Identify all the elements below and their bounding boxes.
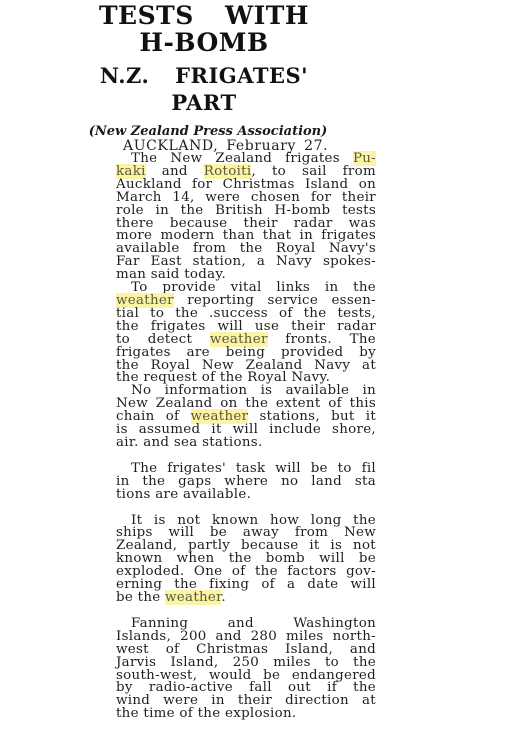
- search-highlight: weather: [165, 590, 221, 605]
- byline: (New Zealand Press Association): [41, 125, 375, 139]
- text-line: the time of the explosion.: [101, 708, 376, 721]
- article-paragraph: It is not known how long theships will b…: [101, 515, 376, 605]
- subheadline-line-1: N.Z. FRIGATES': [33, 62, 375, 89]
- text-line: be the weather.: [101, 592, 376, 605]
- article-paragraph: The frigates' task will be to filin the …: [101, 463, 376, 502]
- newspaper-clipping: TESTS WITH H-BOMB N.Z. FRIGATES' PART (N…: [0, 0, 522, 753]
- text-line: air. and sea stations.: [101, 437, 376, 450]
- article-body: AUCKLAND, February 27. The New Zealand f…: [101, 139, 376, 721]
- article-paragraph: Fanning and WashingtonIslands, 200 and 2…: [101, 618, 376, 721]
- article-column: TESTS WITH H-BOMB N.Z. FRIGATES' PART (N…: [33, 2, 375, 721]
- headline-line-2: H-BOMB: [33, 29, 375, 56]
- article-paragraph: To provide vital links in theweather rep…: [101, 282, 376, 385]
- subheadline-line-2: PART: [33, 89, 375, 116]
- headline-line-1: TESTS WITH: [33, 2, 375, 29]
- article-paragraph: No information is available inNew Zealan…: [101, 385, 376, 450]
- article-paragraph: The New Zealand frigates Pu-kaki and Rot…: [101, 153, 376, 282]
- text-line: tions are available.: [101, 489, 376, 502]
